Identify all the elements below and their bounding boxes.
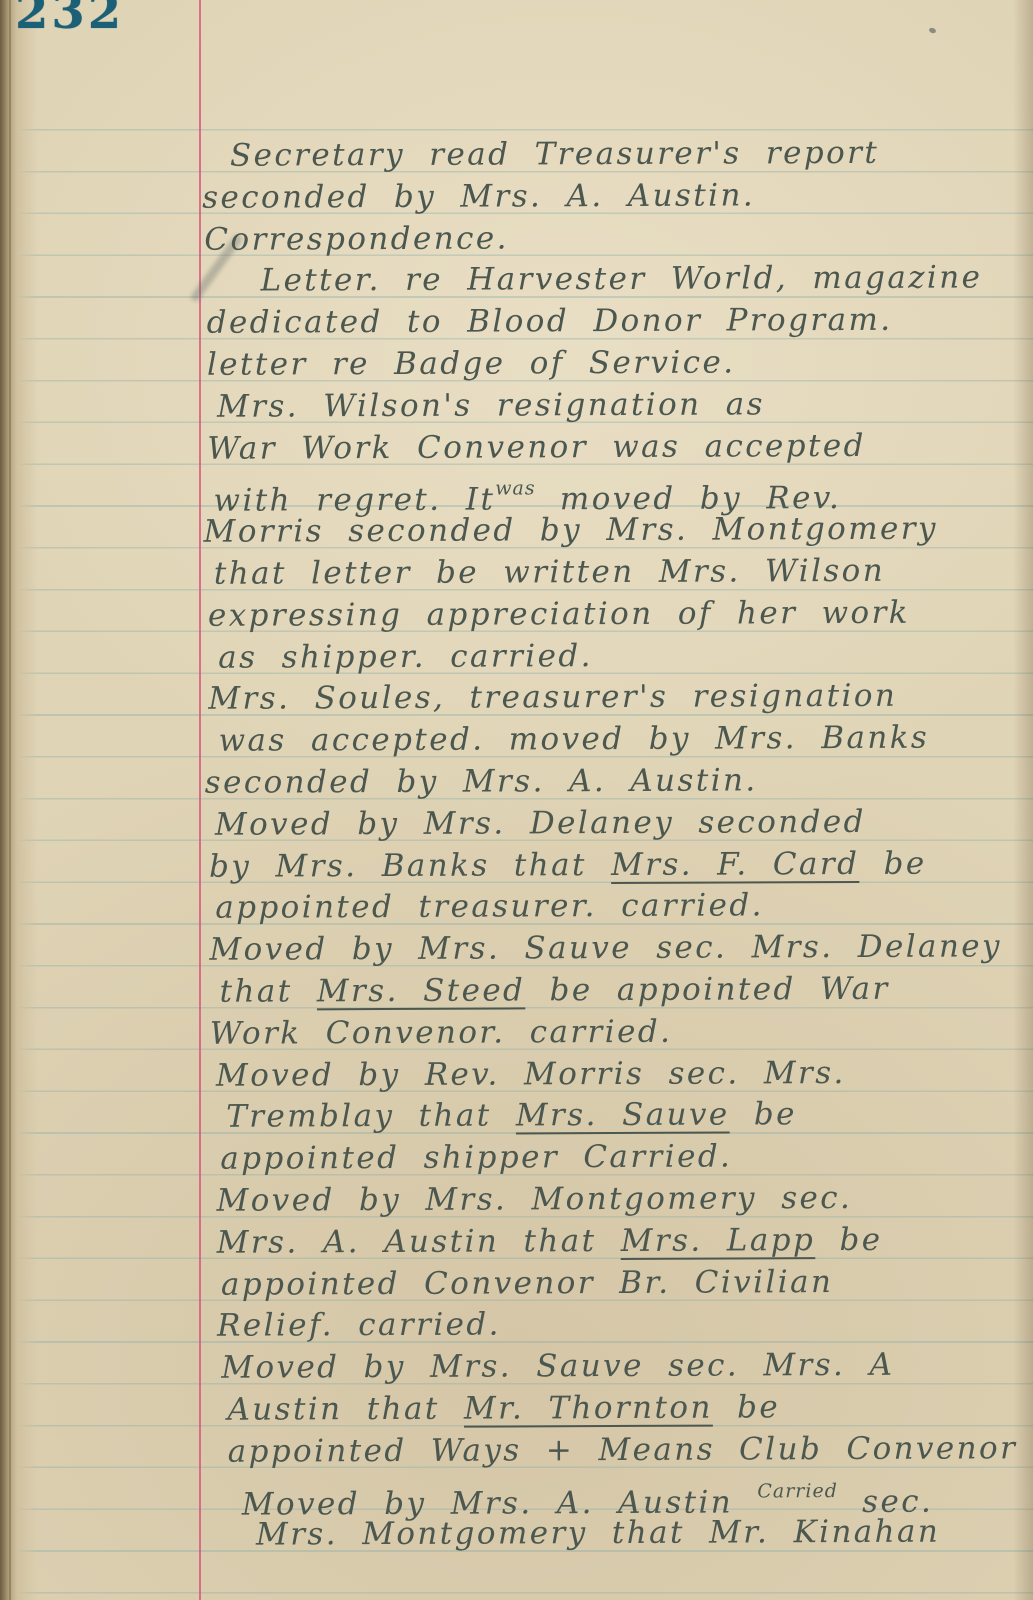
ledger-page: 232 Secretary read Treasurer's reportsec… — [0, 0, 1033, 1600]
handwriting-segment: seconded by Mrs. A. Austin. — [205, 762, 758, 800]
handwritten-line: Mrs. A. Austin that Mrs. Lapp be — [217, 1219, 1033, 1264]
handwriting-segment: as shipper. carried. — [218, 638, 593, 676]
handwritten-line: Austin that Mr. Thornton be — [227, 1386, 1033, 1431]
handwritten-line: Mrs. Soules, treasurer's resignation — [208, 676, 1032, 721]
handwritten-line: Correspondence. — [204, 216, 1030, 261]
handwriting-segment: Tremblay that — [226, 1098, 516, 1135]
binding-edge — [0, 0, 38, 1600]
handwriting-segment: Morris seconded by Mrs. Montgomery — [204, 511, 938, 550]
handwritten-line: Secretary read Treasurer's report — [230, 132, 1030, 177]
handwriting-segment: appointed shipper Carried. — [220, 1139, 732, 1177]
handwriting-segment: that letter be written Mrs. Wilson — [214, 553, 885, 592]
handwriting-segment: War Work Convenor was accepted — [207, 427, 866, 466]
ink-dot — [928, 27, 936, 34]
margin-line — [199, 0, 201, 1600]
handwriting-segment: appointed treasurer. carried. — [215, 888, 764, 926]
handwritten-line: that Mrs. Steed be appointed War — [220, 968, 1033, 1013]
handwriting-segment: Mrs. A. Austin that — [217, 1223, 621, 1261]
handwritten-line: Moved by Mrs. Sauve sec. Mrs. Delaney — [209, 926, 1033, 971]
handwritten-line: Work Convenor. carried. — [210, 1010, 1033, 1055]
underlined-name: Mrs. Steed — [317, 972, 526, 1009]
interline-annotation: was — [495, 478, 535, 500]
handwritten-line: Moved by Mrs. A. Austin Carried sec. — [242, 1470, 1033, 1515]
handwriting-segment: expressing appreciation of her work — [208, 594, 910, 633]
handwritten-line: by Mrs. Banks that Mrs. F. Card be — [209, 843, 1033, 888]
handwriting-segment: Moved by Mrs. Delaney seconded — [215, 804, 866, 843]
handwriting-segment: dedicated to Blood Donor Program. — [207, 302, 893, 341]
handwriting-segment: was accepted. moved by Mrs. Banks — [218, 720, 929, 759]
handwriting-segment: Moved by Mrs. Sauve sec. Mrs. Delaney — [209, 928, 1002, 967]
handwriting-segment: Relief. carried. — [217, 1307, 501, 1344]
handwritten-line: Mrs. Montgomery that Mr. Kinahan — [256, 1511, 1033, 1556]
underlined-name: Mrs. F. Card — [611, 845, 859, 882]
handwriting-segment: letter re Badge of Service. — [207, 344, 736, 382]
handwriting-segment: be — [730, 1097, 797, 1133]
underlined-name: Mrs. Sauve — [516, 1097, 730, 1134]
handwriting-segment: Secretary read Treasurer's report — [230, 135, 879, 174]
handwriting-segment: Mrs. Montgomery that Mr. Kinahan — [256, 1514, 940, 1553]
handwriting-segment: Moved by Mrs. Montgomery sec. — [216, 1180, 852, 1219]
handwriting-segment: Letter. re Harvester World, magazine — [260, 260, 982, 299]
handwriting-segment: be — [713, 1389, 780, 1425]
handwriting-segment: appointed Ways + Means Club Convenor — [228, 1430, 1018, 1469]
handwriting: Secretary read Treasurer's reportseconde… — [202, 132, 1033, 1557]
handwriting-segment: Moved by Mrs. Sauve sec. Mrs. A — [221, 1347, 894, 1386]
handwriting-segment: Mrs. Soules, treasurer's resignation — [208, 678, 897, 717]
handwritten-line: appointed Convenor Br. Civilian — [221, 1261, 1033, 1306]
handwriting-segment: be — [815, 1222, 882, 1258]
handwriting-segment: be appointed War — [525, 971, 890, 1009]
underlined-name: Mrs. Lapp — [621, 1222, 816, 1259]
handwriting-segment: Work Convenor. carried. — [210, 1014, 673, 1052]
handwritten-line: appointed treasurer. carried. — [215, 885, 1033, 930]
handwritten-line: seconded by Mrs. A. Austin. — [202, 174, 1030, 219]
handwritten-line: was accepted. moved by Mrs. Banks — [218, 717, 1032, 762]
handwritten-line: appointed Ways + Means Club Convenor — [228, 1428, 1033, 1473]
interline-annotation: Carried — [757, 1480, 838, 1502]
handwritten-line: letter re Badge of Service. — [207, 341, 1031, 386]
page-number: 232 — [15, 0, 124, 40]
handwriting-segment: seconded by Mrs. A. Austin. — [202, 177, 755, 215]
handwritten-line: War Work Convenor was accepted — [207, 425, 1031, 470]
handwriting-segment: appointed Convenor Br. Civilian — [221, 1264, 834, 1303]
handwritten-line: expressing appreciation of her work — [208, 592, 1032, 637]
handwritten-line: Moved by Rev. Morris sec. Mrs. — [216, 1052, 1033, 1097]
handwritten-line: Mrs. Wilson's resignation as — [217, 383, 1031, 428]
handwritten-line: Moved by Mrs. Sauve sec. Mrs. A — [221, 1344, 1033, 1389]
handwriting-segment: Austin that — [227, 1391, 464, 1428]
handwritten-line: Moved by Mrs. Delaney seconded — [215, 801, 1033, 846]
handwritten-line: with regret. Itwas moved by Rev. — [213, 467, 1031, 512]
handwritten-line: that letter be written Mrs. Wilson — [214, 550, 1032, 595]
handwriting-segment: that — [220, 973, 317, 1009]
handwritten-line: dedicated to Blood Donor Program. — [207, 299, 1031, 344]
handwriting-segment: Correspondence. — [204, 220, 509, 257]
handwritten-line: Morris seconded by Mrs. Montgomery — [204, 508, 1032, 553]
handwriting-segment: Moved by Rev. Morris sec. Mrs. — [216, 1055, 846, 1094]
handwritten-line: appointed shipper Carried. — [220, 1135, 1033, 1180]
handwritten-line: Tremblay that Mrs. Sauve be — [226, 1094, 1033, 1139]
handwritten-line: Moved by Mrs. Montgomery sec. — [216, 1177, 1033, 1222]
handwritten-line: Relief. carried. — [217, 1303, 1033, 1348]
handwritten-line: Letter. re Harvester World, magazine — [260, 258, 1030, 303]
handwriting-segment: be — [859, 845, 926, 881]
handwritten-line: seconded by Mrs. A. Austin. — [205, 759, 1033, 804]
handwritten-line: as shipper. carried. — [218, 634, 1032, 679]
underlined-name: Mr. Thornton — [464, 1390, 713, 1427]
handwriting-segment: Mrs. Wilson's resignation as — [217, 386, 765, 424]
handwriting-segment: by Mrs. Banks that — [209, 847, 611, 885]
